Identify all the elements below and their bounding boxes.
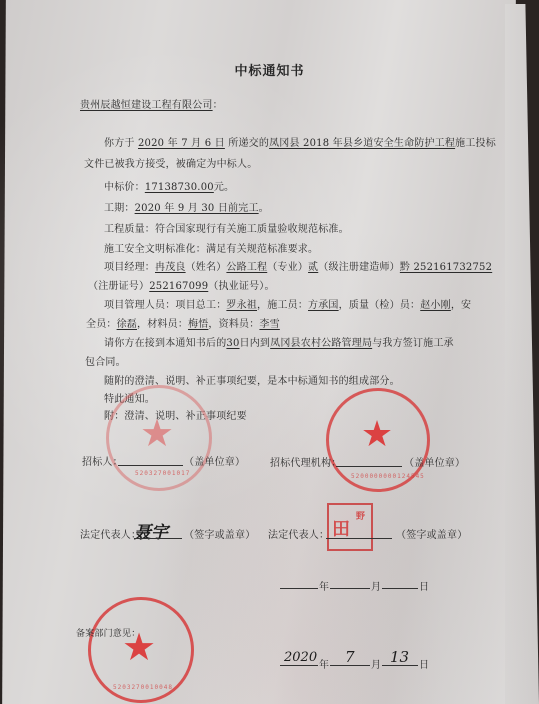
project-manager-line1: 项目经理：冉茂良（姓名）公路工程（专业）贰（级注册建造师）黔 252161732… [104, 258, 492, 273]
contract-line2: 包合同。 [85, 353, 126, 368]
legal-rep-label-2: 法定代表人： [268, 526, 329, 541]
manager-specialty: 公路工程 [226, 262, 267, 273]
star-icon: ★ [357, 417, 397, 453]
filing-year-label: 年 [319, 656, 329, 671]
addressee-company: 贵州辰越恒建设工程有限公司 [80, 100, 213, 111]
date-blank-month [330, 588, 370, 589]
attachment-note: 随附的澄清、说明、补正事项纪要，是本中标通知书的组成部分。 [104, 372, 400, 387]
document-title: 中标通知书 [0, 60, 539, 79]
legal-rep-label-1: 法定代表人： [80, 526, 141, 541]
duration: 工期：2020 年 9 月 30 日前完工。 [104, 199, 269, 214]
tenderer-seal: ★ 520327001017 [106, 385, 212, 491]
contract-days: 30 [226, 338, 239, 349]
date-year-label: 年 [319, 578, 329, 593]
safety-requirement: 施工安全文明标准化：满足有关规范标准要求。 [104, 240, 318, 255]
sign-tag-2: （签字或盖章） [396, 526, 467, 541]
filing-label: 备案部门意见： [76, 626, 140, 639]
material-officer: 梅悟 [188, 319, 208, 330]
agency-blank [336, 466, 402, 467]
legal-rep-blank-1 [134, 538, 182, 539]
document-officer: 李雪 [259, 319, 279, 330]
para1-line2: 文件已被我方接受，被确定为中标人。 [84, 155, 257, 170]
bid-price-value: 17138730.00 [145, 182, 214, 193]
agency-seal-tag: （盖单位章） [404, 454, 465, 469]
safety-officer: 徐磊 [117, 319, 137, 330]
date-blank-year [280, 588, 318, 589]
manager-reg-no: 黔 252161732752 [400, 262, 492, 273]
project-name: 凤冈县 2018 年县乡道安全生命防护工程 [269, 138, 455, 149]
agency-seal: ★ 5200000000124545 [326, 388, 430, 492]
chief-engineer: 罗永祖 [226, 300, 257, 311]
contract-place: 凤冈县农村公路管理局 [270, 338, 372, 349]
paper-edge [505, 4, 539, 704]
filing-day-blank [382, 665, 418, 666]
manager-practice-no: 252167099 [149, 281, 208, 292]
para1-line1: 你方于 2020 年 7 月 6 日 所递交的凤冈县 2018 年县乡道安全生命… [104, 134, 496, 149]
star-icon: ★ [137, 414, 177, 452]
filing-month-blank [330, 665, 370, 666]
constructor: 方承国 [308, 300, 339, 311]
legal-rep-stamp: 田 野 [327, 503, 373, 551]
agency-label: 招标代理机构： [270, 454, 341, 469]
contract-line1: 请你方在接到本通知书后的30日内到凤冈县农村公路管理局与我方签订施工承 [104, 334, 454, 349]
date-day-label: 日 [419, 578, 429, 593]
sign-tag-1: （签字或盖章） [184, 526, 255, 541]
staff-line2: 全员：徐磊，材料员：梅悟，资料员：李雪 [86, 315, 280, 330]
inspector: 赵小刚 [420, 300, 451, 311]
addressee: 贵州辰越恒建设工程有限公司： [80, 96, 223, 111]
manager-grade: 贰 [308, 262, 318, 273]
filing-seal: ★ 5203270010048 [88, 597, 194, 703]
duration-value: 2020 年 9 月 30 日前完工 [135, 203, 259, 214]
filing-day-value: 13 [390, 648, 409, 666]
legal-rep-signature: 聂宇 [134, 518, 168, 543]
manager-name: 冉茂良 [155, 262, 186, 273]
tenderer-label: 招标人： [82, 453, 123, 468]
date-month-label: 月 [371, 578, 381, 593]
tenderer-seal-tag: （盖单位章） [184, 453, 245, 468]
date-blank-day [382, 588, 418, 589]
submit-date: 2020 年 7 月 6 日 [138, 138, 225, 149]
filing-year-value: 2020 [284, 650, 317, 665]
project-manager-line2: （注册证号）252167099（执业证号）。 [88, 277, 275, 292]
stamp-char: 野 [353, 511, 366, 520]
staff-line1: 项目管理人员：项目总工：罗永祖，施工员：方承国，质量（检）员：赵小刚，安 [104, 296, 471, 311]
quality-requirement: 工程质量：符合国家现行有关施工质量验收规范标准。 [104, 220, 349, 235]
tenderer-blank [118, 465, 183, 466]
filing-day-label: 日 [419, 656, 429, 671]
bid-price: 中标价：17138730.00元。 [104, 178, 234, 193]
legal-rep-blank-2 [326, 538, 392, 539]
filing-month-value: 7 [345, 648, 355, 666]
filing-year-blank [280, 665, 318, 666]
filing-month-label: 月 [371, 656, 381, 671]
